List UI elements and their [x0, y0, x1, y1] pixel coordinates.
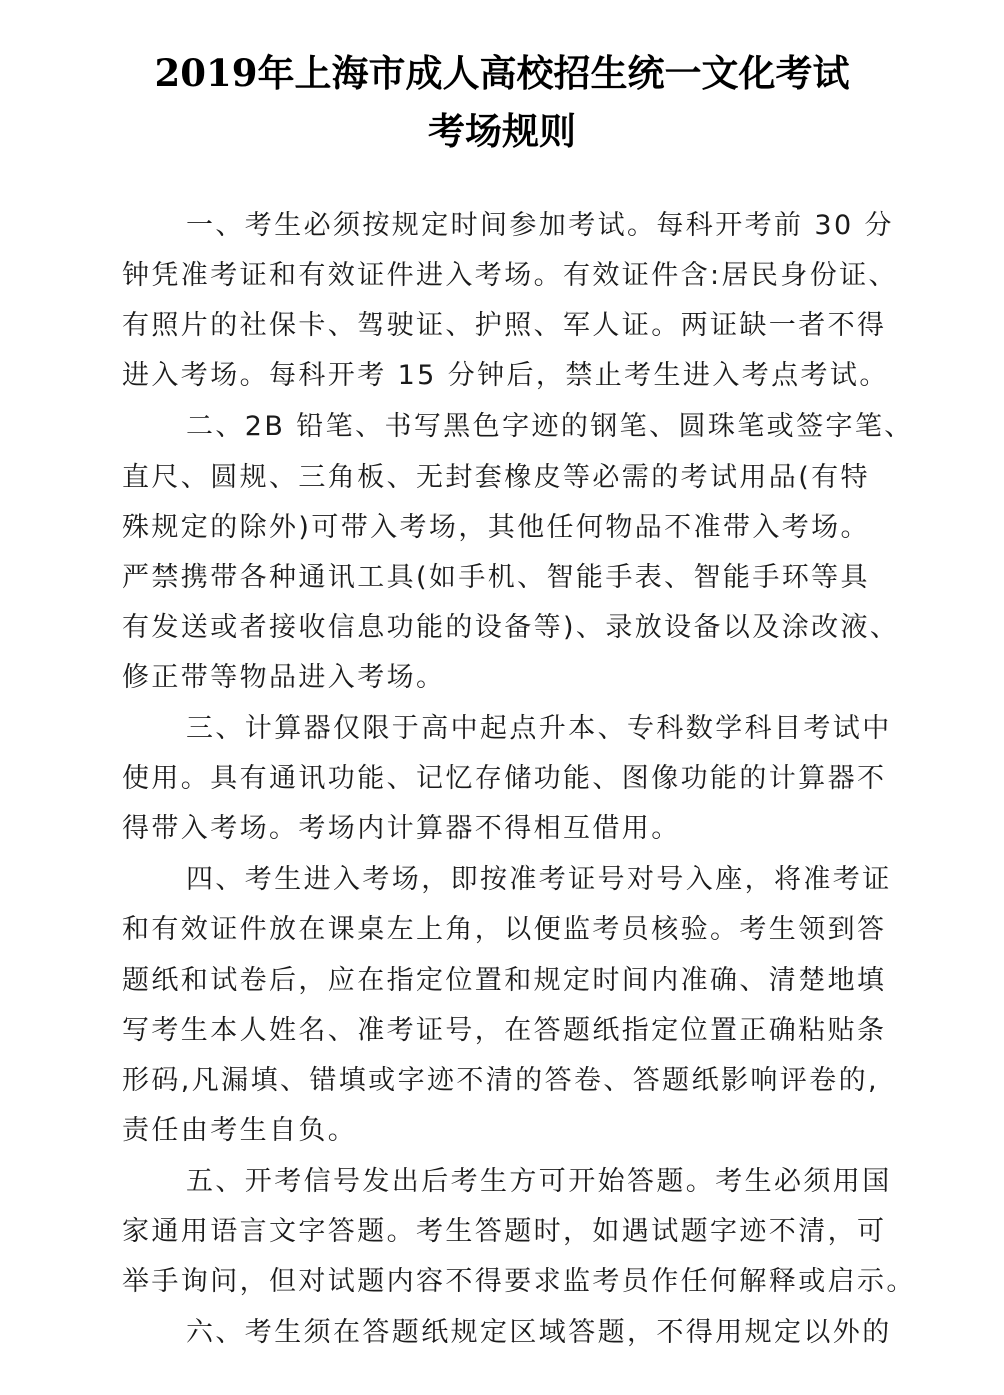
rule-5-line-2: 家通用语言文字答题。考生答题时，如遇试题字迹不清，可 [122, 1207, 922, 1257]
rule-5-line-3: 举手询问，但对试题内容不得要求监考员作任何解释或启示。 [122, 1257, 922, 1307]
rule-4-line-1: 四、考生进入考场，即按准考证号对号入座，将准考证 [186, 855, 986, 905]
rule-5-line-1: 五、开考信号发出后考生方可开始答题。考生必须用国 [186, 1157, 986, 1207]
rule-4-line-6: 责任由考生自负。 [122, 1106, 922, 1156]
rule-4-line-5: 形码,凡漏填、错填或字迹不清的答卷、答题纸影响评卷的, [122, 1056, 922, 1106]
rule-4-line-2: 和有效证件放在课桌左上角，以便监考员核验。考生领到答 [122, 905, 922, 955]
rule-2-line-1: 二、2B 铅笔、书写黑色字迹的钢笔、圆珠笔或签字笔、 [186, 402, 986, 452]
rule-3-line-3: 得带入考场。考场内计算器不得相互借用。 [122, 804, 922, 854]
rule-6-line-1: 六、考生须在答题纸规定区域答题，不得用规定以外的 [186, 1308, 986, 1358]
document-page: 2019年上海市成人高校招生统一文化考试 考场规则 一、考生必须按规定时间参加考… [0, 0, 1004, 1395]
document-title: 2019年上海市成人高校招生统一文化考试 [0, 45, 1004, 101]
rule-4-line-4: 写考生本人姓名、准考证号，在答题纸指定位置正确粘贴条 [122, 1006, 922, 1056]
rule-1-line-3: 有照片的社保卡、驾驶证、护照、军人证。两证缺一者不得 [122, 301, 922, 351]
rule-3-line-2: 使用。具有通讯功能、记忆存储功能、图像功能的计算器不 [122, 754, 922, 804]
rule-2-line-4: 严禁携带各种通讯工具(如手机、智能手表、智能手环等具 [122, 553, 922, 603]
rule-3-line-1: 三、计算器仅限于高中起点升本、专科数学科目考试中 [186, 704, 986, 754]
rule-1-line-1: 一、考生必须按规定时间参加考试。每科开考前 30 分 [186, 201, 986, 251]
rule-2-line-3: 殊规定的除外)可带入考场，其他任何物品不准带入考场。 [122, 503, 922, 553]
rule-1-line-4: 进入考场。每科开考 15 分钟后，禁止考生进入考点考试。 [122, 351, 922, 401]
rule-2-line-6: 修正带等物品进入考场。 [122, 653, 922, 703]
rule-1-line-2: 钟凭准考证和有效证件进入考场。有效证件含:居民身份证、 [122, 251, 922, 301]
rule-2-line-5: 有发送或者接收信息功能的设备等)、录放设备以及涂改液、 [122, 603, 922, 653]
document-subtitle: 考场规则 [0, 103, 1004, 159]
rule-2-line-2: 直尺、圆规、三角板、无封套橡皮等必需的考试用品(有特 [122, 453, 922, 503]
rule-4-line-3: 题纸和试卷后，应在指定位置和规定时间内准确、清楚地填 [122, 956, 922, 1006]
